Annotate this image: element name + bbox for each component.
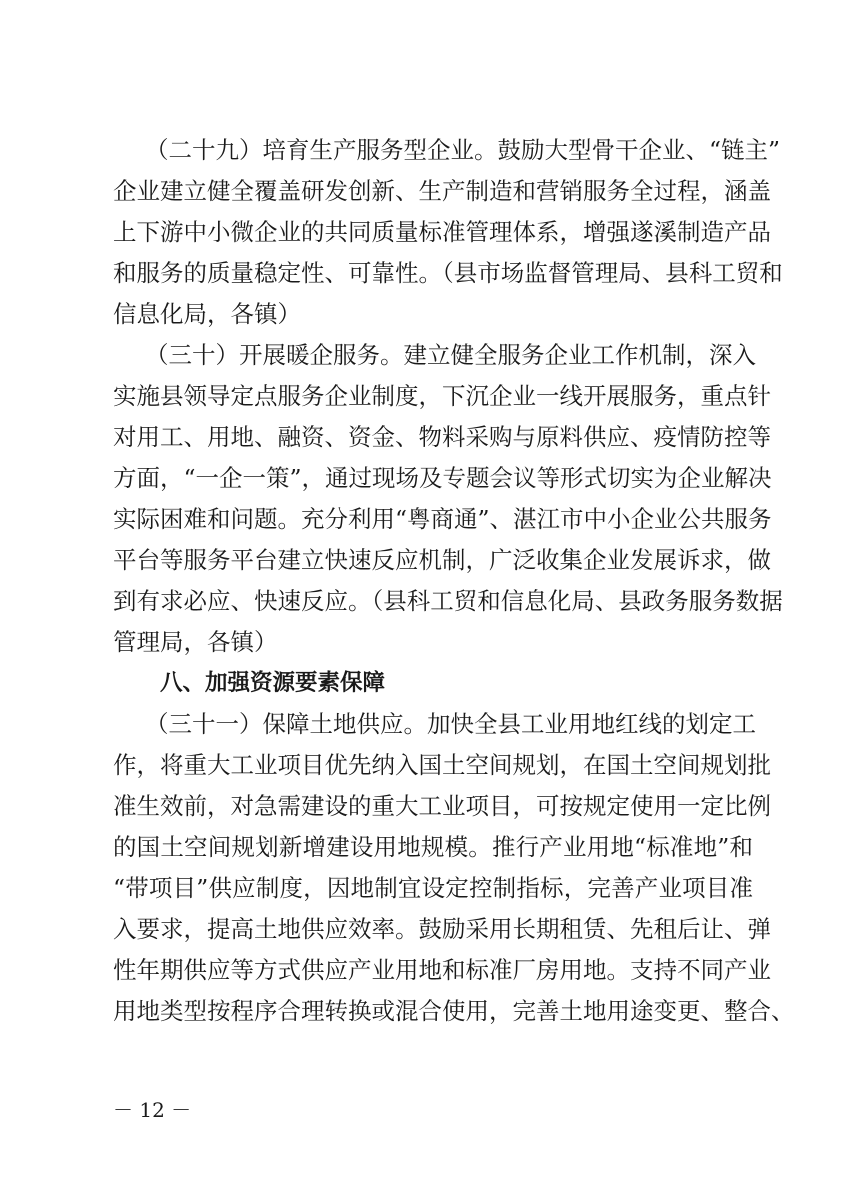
paragraph-29-line-4: 和服务的质量稳定性、可靠性。（县市场监督管理局、县科工贸和 (113, 257, 753, 289)
paragraph-30-line-8: 管理局，各镇） (113, 626, 753, 658)
paragraph-31-line-3: 准生效前，对急需建设的重大工业项目，可按规定使用一定比例 (113, 790, 753, 822)
paragraph-29-line-2: 企业建立健全覆盖研发创新、生产制造和营销服务全过程，涵盖 (113, 175, 753, 207)
paragraph-29-line-1: （二十九）培育生产服务型企业。鼓励大型骨干企业、“链主” (145, 134, 753, 166)
paragraph-29-line-3: 上下游中小微企业的共同质量标准管理体系，增强遂溪制造产品 (113, 216, 753, 248)
paragraph-30-line-1: （三十）开展暖企服务。建立健全服务企业工作机制，深入 (145, 339, 753, 371)
paragraph-31-line-5: “带项目”供应制度，因地制宜设定控制指标，完善产业项目准 (113, 872, 753, 904)
paragraph-30-line-3: 对用工、用地、融资、资金、物料采购与原料供应、疫情防控等 (113, 421, 753, 453)
paragraph-31-line-6: 入要求，提高土地供应效率。鼓励采用长期租赁、先租后让、弹 (113, 913, 753, 945)
paragraph-30-line-2: 实施县领导定点服务企业制度，下沉企业一线开展服务，重点针 (113, 380, 753, 412)
paragraph-30-line-7: 到有求必应、快速反应。（县科工贸和信息化局、县政务服务数据 (113, 585, 753, 617)
section-heading: 八、加强资源要素保障 (160, 667, 385, 699)
paragraph-31-line-7: 性年期供应等方式供应产业用地和标准厂房用地。支持不同产业 (113, 954, 753, 986)
paragraph-30-line-6: 平台等服务平台建立快速反应机制，广泛收集企业发展诉求，做 (113, 544, 753, 576)
paragraph-31-line-1: （三十一）保障土地供应。加快全县工业用地红线的划定工 (145, 708, 753, 740)
paragraph-30-line-4: 方面，“一企一策”，通过现场及专题会议等形式切实为企业解决 (113, 462, 753, 494)
paragraph-29-line-5: 信息化局，各镇） (113, 298, 753, 330)
paragraph-31-line-8: 用地类型按程序合理转换或混合使用，完善土地用途变更、整合、 (113, 995, 753, 1027)
document-page: （二十九）培育生产服务型企业。鼓励大型骨干企业、“链主” 企业建立健全覆盖研发创… (0, 0, 850, 1200)
paragraph-31-line-4: 的国土空间规划新增建设用地规模。推行产业用地“标准地”和 (113, 831, 753, 863)
page-number: － 12 － (113, 1096, 191, 1124)
paragraph-30-line-5: 实际困难和问题。充分利用“粤商通”、湛江市中小企业公共服务 (113, 503, 753, 535)
paragraph-31-line-2: 作，将重大工业项目优先纳入国土空间规划，在国土空间规划批 (113, 749, 753, 781)
